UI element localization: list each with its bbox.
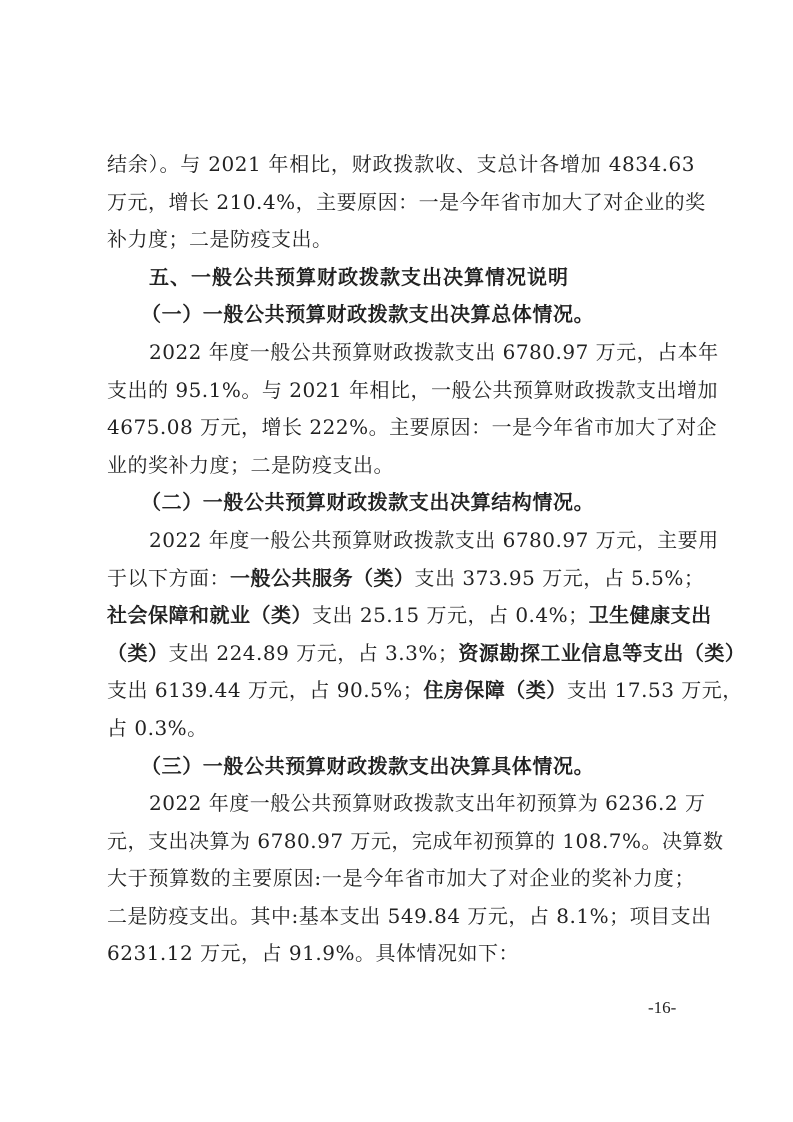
text-span: 支出 224.89 万元，占 3.3%； — [169, 641, 459, 665]
category-label: 住房保障（类） — [423, 678, 567, 702]
category-label: 社会保障和就业（类） — [107, 603, 312, 627]
text-line: 元，支出决算为 6780.97 万元，完成年初预算的 108.7%。决算数 — [107, 823, 695, 861]
page-number: -16- — [648, 998, 676, 1018]
text-line: 社会保障和就业（类）支出 25.15 万元，占 0.4%；卫生健康支出 — [107, 597, 695, 635]
subsection-heading-3: （三）一般公共预算财政拨款支出决算具体情况。 — [107, 748, 695, 786]
text-line: 于以下方面：一般公共服务（类）支出 373.95 万元，占 5.5%； — [107, 560, 695, 598]
text-line: 2022 年度一般公共预算财政拨款支出 6780.97 万元，占本年 — [107, 334, 695, 372]
text-line: 结余）。与 2021 年相比，财政拨款收、支总计各增加 4834.63 — [107, 146, 695, 184]
text-span: 支出 25.15 万元，占 0.4%； — [312, 603, 589, 627]
text-line: 支出 6139.44 万元，占 90.5%；住房保障（类）支出 17.53 万元… — [107, 672, 695, 710]
text-line: 6231.12 万元，占 91.9%。具体情况如下： — [107, 935, 695, 973]
text-line: 占 0.3%。 — [107, 710, 695, 748]
text-line: 补力度；二是防疫支出。 — [107, 221, 695, 259]
text-line: 万元，增长 210.4%，主要原因：一是今年省市加大了对企业的奖 — [107, 184, 695, 222]
subsection-heading-1: （一）一般公共预算财政拨款支出决算总体情况。 — [107, 296, 695, 334]
text-line: （类）支出 224.89 万元，占 3.3%；资源勘探工业信息等支出（类） — [107, 635, 695, 673]
text-line: 支出的 95.1%。与 2021 年相比，一般公共预算财政拨款支出增加 — [107, 372, 695, 410]
text-line: 4675.08 万元，增长 222%。主要原因：一是今年省市加大了对企 — [107, 409, 695, 447]
category-label: 一般公共服务（类） — [230, 566, 415, 590]
text-line: 大于预算数的主要原因:一是今年省市加大了对企业的奖补力度； — [107, 860, 695, 898]
section-heading: 五、一般公共预算财政拨款支出决算情况说明 — [107, 259, 695, 297]
category-label: 资源勘探工业信息等支出（类） — [458, 641, 745, 665]
text-line: 2022 年度一般公共预算财政拨款支出年初预算为 6236.2 万 — [107, 785, 695, 823]
text-span: 支出 373.95 万元，占 5.5%； — [415, 566, 705, 590]
subsection-heading-2: （二）一般公共预算财政拨款支出决算结构情况。 — [107, 484, 695, 522]
text-line: 业的奖补力度；二是防疫支出。 — [107, 447, 695, 485]
text-span: 于以下方面： — [107, 566, 230, 590]
text-span: 支出 6139.44 万元，占 90.5%； — [107, 678, 423, 702]
text-span: 支出 17.53 万元， — [567, 678, 743, 702]
document-page: 结余）。与 2021 年相比，财政拨款收、支总计各增加 4834.63 万元，增… — [107, 146, 695, 973]
text-line: 二是防疫支出。其中:基本支出 549.84 万元，占 8.1%；项目支出 — [107, 898, 695, 936]
category-label: 卫生健康支出 — [589, 603, 712, 627]
text-line: 2022 年度一般公共预算财政拨款支出 6780.97 万元，主要用 — [107, 522, 695, 560]
category-label: （类） — [107, 641, 169, 665]
